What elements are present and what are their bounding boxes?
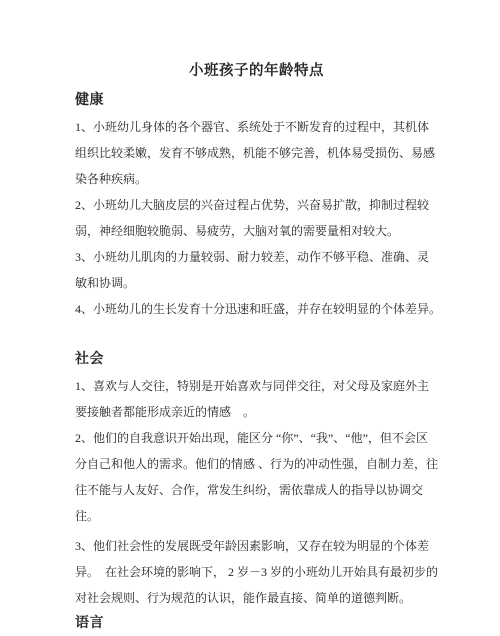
paragraph-society-2: 2、他们的自我意识开始出现，能区分 “你”、“我”、“他”，但不会区分自己和他人… — [75, 425, 438, 529]
document-content: 小班孩子的年龄特点 健康 1、小班幼儿身体的各个器官、系统处于不断发育的过程中，… — [75, 58, 438, 636]
section-language: 语言 — [75, 611, 438, 636]
document-page: 小班孩子的年龄特点 健康 1、小班幼儿身体的各个器官、系统处于不断发育的过程中，… — [0, 0, 500, 636]
paragraph-society-3: 3、他们社会性的发展既受年龄因素影响，又存在较为明显的个体差异。 在社会环境的影… — [75, 533, 438, 611]
section-health: 健康 1、小班幼儿身体的各个器官、系统处于不断发育的过程中，其机体组织比较柔嫩，… — [75, 88, 438, 322]
section-society: 社会 1、喜欢与人交往，特别是开始喜欢与同伴交往，对父母及家庭外主要接触者都能形… — [75, 347, 438, 611]
section-health-heading: 健康 — [75, 88, 438, 114]
section-society-heading: 社会 — [75, 347, 438, 373]
paragraph-health-4: 4、小班幼儿的生长发育十分迅速和旺盛，并存在较明显的个体差异。 — [75, 296, 438, 322]
paragraph-health-1: 1、小班幼儿身体的各个器官、系统处于不断发育的过程中，其机体组织比较柔嫩，发育不… — [75, 114, 438, 192]
section-language-heading: 语言 — [75, 611, 438, 636]
page-title: 小班孩子的年龄特点 — [75, 58, 438, 84]
paragraph-health-2: 2、小班幼儿大脑皮层的兴奋过程占优势，兴奋易扩散，抑制过程较弱，神经细胞较脆弱、… — [75, 192, 438, 244]
paragraph-health-3: 3、小班幼儿肌肉的力量较弱、耐力较差，动作不够平稳、准确、灵敏和协调。 — [75, 244, 438, 296]
paragraph-society-1: 1、喜欢与人交往，特别是开始喜欢与同伴交往，对父母及家庭外主要接触者都能形成亲近… — [75, 373, 438, 425]
